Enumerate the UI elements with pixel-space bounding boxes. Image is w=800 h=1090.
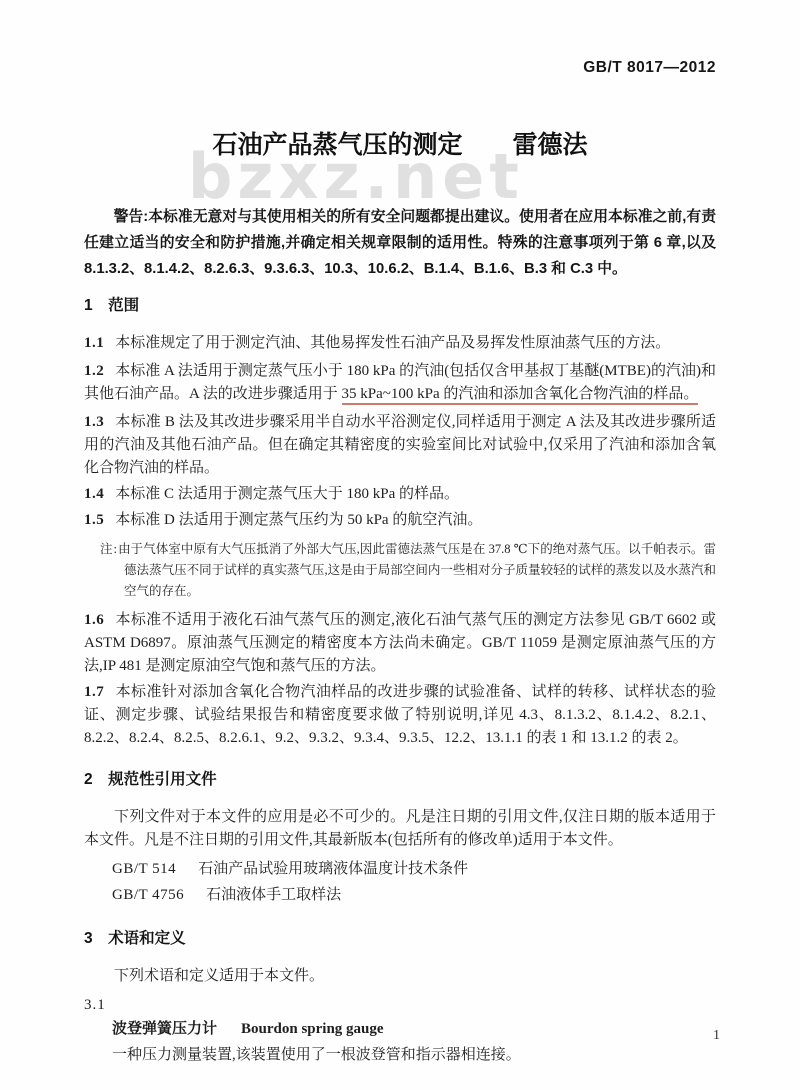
- page-content: GB/T 8017—2012 石油产品蒸气压的测定 雷德法 警告:本标准无意对与…: [0, 0, 800, 1067]
- references-intro: 下列文件对于本文件的应用是必不可少的。凡是注日期的引用文件,仅注日期的版本适用于…: [84, 806, 716, 852]
- reference-item: GB/T 4756石油液体手工取样法: [84, 884, 716, 907]
- document-page: bzxz.net GB/T 8017—2012 石油产品蒸气压的测定 雷德法 警…: [0, 0, 800, 1090]
- clause-number: 1.7: [84, 684, 104, 700]
- document-title: 石油产品蒸气压的测定 雷德法: [84, 128, 716, 162]
- clause-text: 本标准 D 法适用于测定蒸气压约为 50 kPa 的航空汽油。: [115, 512, 482, 528]
- clause-number: 1.5: [84, 512, 104, 528]
- clause-1-1: 1.1本标准规定了用于测定汽油、其他易挥发性石油产品及易挥发性原油蒸气压的方法。: [84, 332, 716, 355]
- clause-1-2: 1.2本标准 A 法适用于测定蒸气压小于 180 kPa 的汽油(包括仅含甲基叔…: [84, 360, 716, 406]
- clause-1-4: 1.4本标准 C 法适用于测定蒸气压大于 180 kPa 的样品。: [84, 483, 716, 506]
- term-number: 3.1: [84, 994, 716, 1017]
- term-en: Bourdon spring gauge: [241, 1021, 384, 1037]
- note-label: 注:: [100, 542, 118, 556]
- underlined-text: 35 kPa~100 kPa 的汽油和添加含氧化合物汽油的样品。: [342, 386, 699, 405]
- clause-1-6: 1.6本标准不适用于液化石油气蒸气压的测定,液化石油气蒸气压的测定方法参见 GB…: [84, 609, 716, 678]
- term-definition: 一种压力测量装置,该装置使用了一根波登管和指示器相连接。: [84, 1044, 716, 1067]
- clause-number: 1.6: [84, 612, 104, 628]
- clause-1-5: 1.5本标准 D 法适用于测定蒸气压约为 50 kPa 的航空汽油。: [84, 509, 716, 532]
- note-text: 由于气体室中原有大气压抵消了外部大气压,因此雷德法蒸气压是在 37.8 ℃下的绝…: [118, 542, 716, 598]
- standard-code: GB/T 8017—2012: [84, 58, 716, 78]
- section-heading-references: 2 规范性引用文件: [84, 770, 716, 790]
- clause-number: 1.2: [84, 363, 104, 379]
- clause-text: 本标准 B 法及其改进步骤采用半自动水平浴测定仪,同样适用于测定 A 法及其改进…: [84, 414, 716, 476]
- note-paragraph: 注:由于气体室中原有大气压抵消了外部大气压,因此雷德法蒸气压是在 37.8 ℃下…: [100, 539, 716, 602]
- term-entry: 波登弹簧压力计Bourdon spring gauge: [84, 1017, 716, 1041]
- reference-code: GB/T 4756: [112, 887, 184, 903]
- clause-number: 1.4: [84, 486, 104, 502]
- reference-title: 石油产品试验用玻璃液体温度计技术条件: [198, 861, 468, 877]
- reference-code: GB/T 514: [112, 861, 176, 877]
- reference-title: 石油液体手工取样法: [206, 887, 341, 903]
- clause-text: 本标准不适用于液化石油气蒸气压的测定,液化石油气蒸气压的测定方法参见 GB/T …: [84, 612, 716, 674]
- terms-intro: 下列术语和定义适用于本文件。: [84, 965, 716, 988]
- clause-number: 1.1: [84, 335, 104, 351]
- section-heading-terms: 3 术语和定义: [84, 929, 716, 949]
- clause-text: 本标准 C 法适用于测定蒸气压大于 180 kPa 的样品。: [115, 486, 459, 502]
- reference-item: GB/T 514石油产品试验用玻璃液体温度计技术条件: [84, 858, 716, 881]
- clause-text: 本标准针对添加含氧化合物汽油样品的改进步骤的试验准备、试样的转移、试样状态的验证…: [84, 684, 716, 746]
- clause-text: 本标准规定了用于测定汽油、其他易挥发性石油产品及易挥发性原油蒸气压的方法。: [115, 335, 670, 351]
- section-heading-scope: 1 范围: [84, 296, 716, 316]
- clause-number: 1.3: [84, 414, 104, 430]
- page-number: 1: [713, 1028, 720, 1044]
- clause-1-3: 1.3本标准 B 法及其改进步骤采用半自动水平浴测定仪,同样适用于测定 A 法及…: [84, 411, 716, 480]
- clause-1-7: 1.7本标准针对添加含氧化合物汽油样品的改进步骤的试验准备、试样的转移、试样状态…: [84, 681, 716, 750]
- warning-paragraph: 警告:本标准无意对与其使用相关的所有安全问题都提出建议。使用者在应用本标准之前,…: [84, 204, 716, 282]
- term-zh: 波登弹簧压力计: [112, 1020, 217, 1037]
